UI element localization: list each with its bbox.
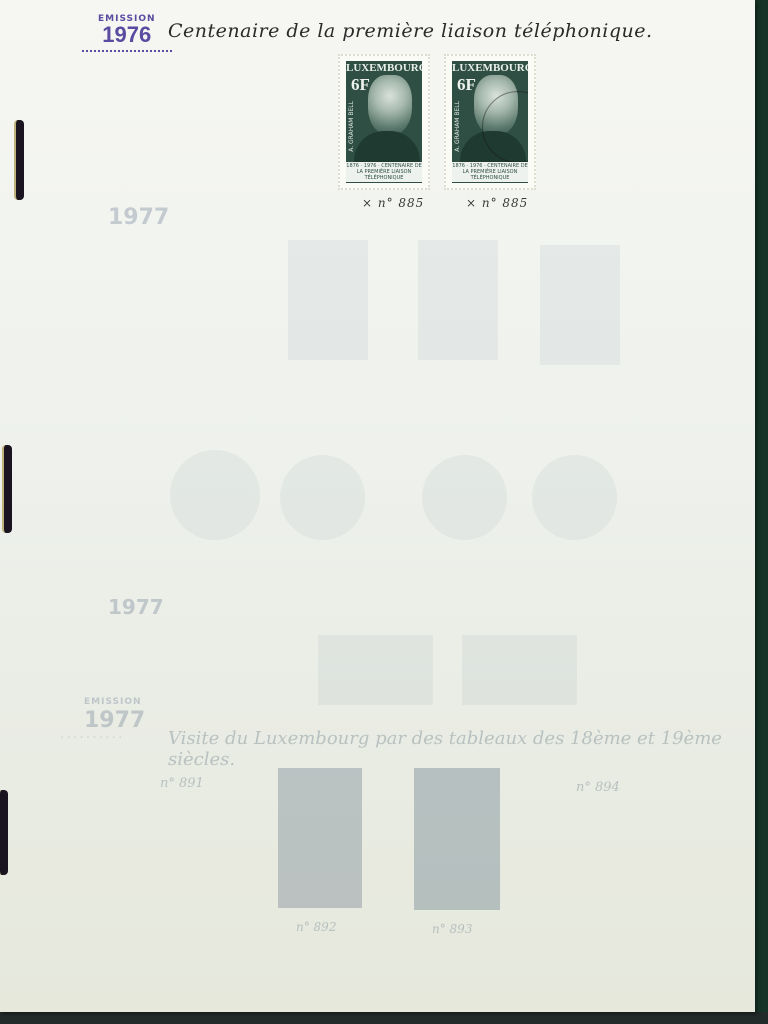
ghost-dots: ·········· (60, 730, 125, 746)
ghost-year-2: 1977 (108, 595, 164, 619)
ghost-stamp-area (418, 240, 498, 360)
ghost-catalogue-right: n° 894 (576, 780, 620, 795)
ghost-year-1: 1977 (108, 205, 169, 230)
ghost-round-stamp (170, 450, 260, 540)
stamp-caption: 1876 · 1976 · CENTENAIRE DE LA PREMIÈRE … (346, 162, 422, 182)
stamp-1: LUXEMBOURG 6F A. GRAHAM BELL 1876 · 1976… (338, 54, 430, 190)
binder-hole (14, 120, 24, 200)
ghost-round-stamp (422, 455, 507, 540)
stamp-value: 6F (457, 75, 476, 95)
album-binding-edge (755, 0, 768, 1012)
stamp-country: LUXEMBOURG (452, 62, 528, 74)
stamp-value: 6F (351, 75, 370, 95)
ghost-stamp-area (462, 635, 577, 705)
stamp-country: LUXEMBOURG (346, 62, 422, 74)
stamp-side-text: A. GRAHAM BELL (348, 101, 355, 152)
catalogue-number-2: × n° 885 (466, 196, 528, 210)
ghost-label-2: n° 893 (432, 922, 472, 936)
ghost-round-stamp (280, 455, 365, 540)
graham-bell-portrait (368, 75, 412, 135)
ghost-emission-label: EMISSION (84, 697, 142, 707)
ghost-stamp (278, 768, 362, 908)
ghost-round-stamp (532, 455, 617, 540)
ghost-stamp (414, 768, 500, 910)
emission-stamp: EMISSION 1976 (84, 14, 156, 46)
ghost-stamp-area (288, 240, 368, 360)
stamp-2: LUXEMBOURG 6F A. GRAHAM BELL 1876 · 1976… (444, 54, 536, 190)
stamp-side-text: A. GRAHAM BELL (454, 101, 461, 152)
portrait-coat (354, 131, 420, 165)
binder-hole (2, 445, 12, 533)
table-surface (0, 1012, 768, 1024)
ghost-title: Visite du Luxembourg par des tableaux de… (168, 728, 755, 770)
album-page: 1977 1977 EMISSION 1977 ·········· Visit… (0, 0, 755, 1012)
ghost-catalogue-left: n° 891 (160, 776, 204, 791)
stamp-caption: 1876 · 1976 · CENTENAIRE DE LA PREMIÈRE … (452, 162, 528, 182)
page-title: Centenaire de la première liaison téléph… (168, 20, 653, 42)
ghost-stamp-area (540, 245, 620, 365)
catalogue-number-1: × n° 885 (362, 196, 424, 210)
ghost-stamp-area (318, 635, 433, 705)
emission-year: 1976 (98, 24, 156, 46)
dotted-underline (82, 50, 172, 52)
ghost-label-1: n° 892 (296, 920, 336, 934)
binder-hole (0, 790, 8, 875)
